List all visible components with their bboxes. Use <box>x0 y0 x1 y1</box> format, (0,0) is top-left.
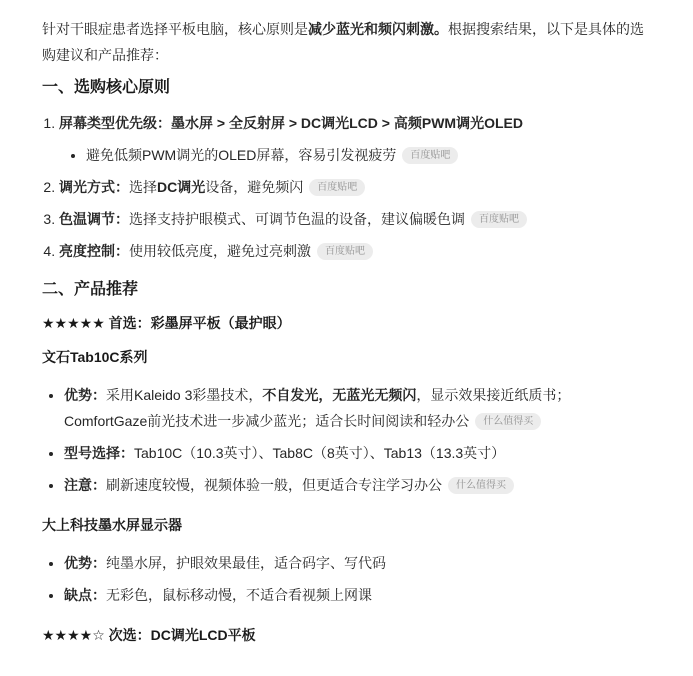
bold-text-segment: 屏幕类型优先级： <box>59 115 171 131</box>
product-bullet-caution: 注意：刷新速度较慢，视频体验一般，但更适合专注学习办公什么值得买 <box>64 472 649 498</box>
bullet-text: 型号选择：Tab10C（10.3英寸）、Tab8C（8英寸）、Tab13（13.… <box>64 445 505 461</box>
source-badge[interactable]: 什么值得买 <box>448 477 514 494</box>
product-bullet-drawback: 缺点：无彩色，鼠标移动慢，不适合看视频上网课 <box>64 582 649 608</box>
bold-text-segment: 优势： <box>64 387 106 403</box>
principle-text: 亮度控制：使用较低亮度，避免过亮刺激百度贴吧 <box>59 243 373 259</box>
principle-subitem: 避免低频PWM调光的OLED屏幕，容易引发视疲劳百度贴吧 <box>86 142 649 168</box>
bold-text-segment: 墨水屏 > 全反射屏 > DC调光LCD > 高频PWM调光OLED <box>171 115 523 131</box>
principle-item-screen-type: 屏幕类型优先级：墨水屏 > 全反射屏 > DC调光LCD > 高频PWM调光OL… <box>59 110 649 168</box>
bullet-text: 缺点：无彩色，鼠标移动慢，不适合看视频上网课 <box>64 587 372 603</box>
section-heading-principles: 一、选购核心原则 <box>42 76 649 100</box>
product-bullet-advantage: 优势：纯墨水屏，护眼效果最佳，适合码字、写代码 <box>64 550 649 576</box>
source-badge[interactable]: 什么值得买 <box>475 413 541 430</box>
text-segment: 选择 <box>129 179 157 195</box>
principles-list: 屏幕类型优先级：墨水屏 > 全反射屏 > DC调光LCD > 高频PWM调光OL… <box>42 110 649 264</box>
text-segment: 针对干眼症患者选择平板电脑，核心原则是 <box>42 21 308 37</box>
bold-text-segment: 缺点： <box>64 587 106 603</box>
bold-text-segment: 色温调节： <box>59 211 129 227</box>
principle-item-color-temp: 色温调节：选择支持护眼模式、可调节色温的设备，建议偏暖色调百度贴吧 <box>59 206 649 232</box>
principle-item-dimming: 调光方式：选择DC调光设备，避免频闪百度贴吧 <box>59 174 649 200</box>
text-segment: 使用较低亮度，避免过亮刺激 <box>129 243 311 259</box>
bold-text-segment: 减少蓝光和频闪刺激。 <box>308 21 448 37</box>
principle-sublist: 避免低频PWM调光的OLED屏幕，容易引发视疲劳百度贴吧 <box>59 142 649 168</box>
text-segment: Tab10C（10.3英寸）、Tab8C（8英寸）、Tab13（13.3英寸） <box>134 445 505 461</box>
bold-text-segment: 型号选择： <box>64 445 134 461</box>
bullet-text: 注意：刷新速度较慢，视频体验一般，但更适合专注学习办公什么值得买 <box>64 477 514 493</box>
chat-response: 针对干眼症患者选择平板电脑，核心原则是减少蓝光和频闪刺激。根据搜索结果，以下是具… <box>0 0 693 676</box>
text-segment: 刷新速度较慢，视频体验一般，但更适合专注学习办公 <box>106 477 442 493</box>
bullet-text: 优势：采用Kaleido 3彩墨技术，不自发光，无蓝光无频闪，显示效果接近纸质书… <box>64 387 570 429</box>
bold-text-segment: 注意： <box>64 477 106 493</box>
bold-text-segment: 不自发光，无蓝光无频闪 <box>262 387 416 403</box>
principle-text: 调光方式：选择DC调光设备，避免频闪百度贴吧 <box>59 179 365 195</box>
product-bullet-models: 型号选择：Tab10C（10.3英寸）、Tab8C（8英寸）、Tab13（13.… <box>64 440 649 466</box>
bold-text-segment: 优势： <box>64 555 106 571</box>
pick-first-heading: ★★★★★ 首选：彩墨屏平板（最护眼） <box>42 310 649 336</box>
source-badge[interactable]: 百度贴吧 <box>317 243 373 260</box>
text-segment: 采用Kaleido 3彩墨技术， <box>106 387 262 403</box>
bullet-text: 优势：纯墨水屏，护眼效果最佳，适合码字、写代码 <box>64 555 386 571</box>
bold-text-segment: DC调光 <box>157 179 205 195</box>
pick-second-heading: ★★★★☆ 次选：DC调光LCD平板 <box>42 622 649 648</box>
source-badge[interactable]: 百度贴吧 <box>402 147 458 164</box>
principle-item-brightness: 亮度控制：使用较低亮度，避免过亮刺激百度贴吧 <box>59 238 649 264</box>
product-heading-dasung: 大上科技墨水屏显示器 <box>42 512 649 538</box>
section-heading-products: 二、产品推荐 <box>42 278 649 302</box>
text-segment: 避免低频PWM调光的OLED屏幕，容易引发视疲劳 <box>86 147 396 163</box>
source-badge[interactable]: 百度贴吧 <box>471 211 527 228</box>
principle-text: 屏幕类型优先级：墨水屏 > 全反射屏 > DC调光LCD > 高频PWM调光OL… <box>59 115 523 131</box>
source-badge[interactable]: 百度贴吧 <box>309 179 365 196</box>
text-segment: 无彩色，鼠标移动慢，不适合看视频上网课 <box>106 587 372 603</box>
bold-text-segment: 亮度控制： <box>59 243 129 259</box>
product-heading-onyx: 文石Tab10C系列 <box>42 344 649 370</box>
principle-text: 色温调节：选择支持护眼模式、可调节色温的设备，建议偏暖色调百度贴吧 <box>59 211 527 227</box>
text-segment: 纯墨水屏，护眼效果最佳，适合码字、写代码 <box>106 555 386 571</box>
principle-subtext: 避免低频PWM调光的OLED屏幕，容易引发视疲劳百度贴吧 <box>86 147 458 163</box>
product-bullets-onyx: 优势：采用Kaleido 3彩墨技术，不自发光，无蓝光无频闪，显示效果接近纸质书… <box>42 382 649 498</box>
intro-paragraph: 针对干眼症患者选择平板电脑，核心原则是减少蓝光和频闪刺激。根据搜索结果，以下是具… <box>42 16 649 68</box>
product-bullets-dasung: 优势：纯墨水屏，护眼效果最佳，适合码字、写代码 缺点：无彩色，鼠标移动慢，不适合… <box>42 550 649 608</box>
text-segment: 设备，避免频闪 <box>205 179 303 195</box>
bold-text-segment: 调光方式： <box>59 179 129 195</box>
text-segment: 选择支持护眼模式、可调节色温的设备，建议偏暖色调 <box>129 211 465 227</box>
product-bullet-advantage: 优势：采用Kaleido 3彩墨技术，不自发光，无蓝光无频闪，显示效果接近纸质书… <box>64 382 649 434</box>
